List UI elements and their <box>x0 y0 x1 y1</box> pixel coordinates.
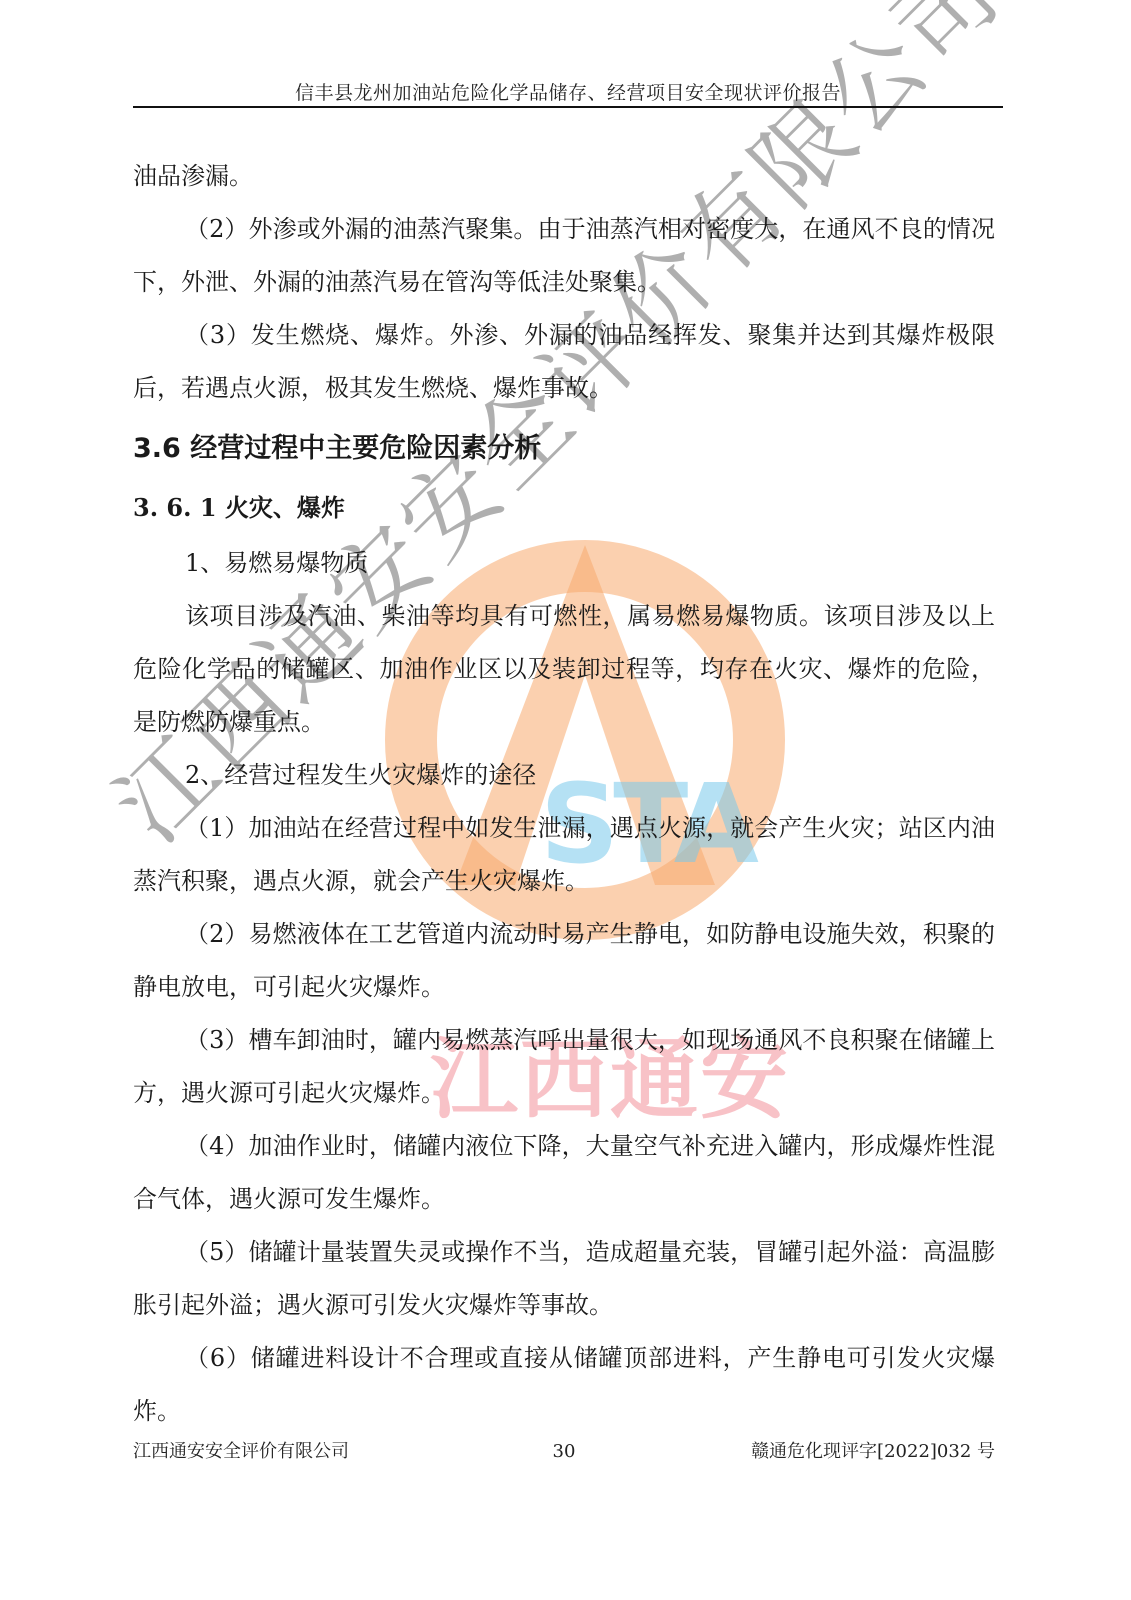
page-number: 30 <box>553 1441 576 1462</box>
footer-company: 江西通安安全评价有限公司 <box>133 1437 349 1463</box>
paragraph: 油品渗漏。 <box>133 150 995 203</box>
document-page: STA 江西通安 江西通安安全评价有限公司 信丰县龙州加油站危险化学品储存、经营… <box>0 0 1131 1600</box>
list-item: （5）储罐计量装置失灵或操作不当，造成超量充装，冒罐引起外溢：高温膨胀引起外溢；… <box>133 1226 995 1332</box>
text-layer: 信丰县龙州加油站危险化学品储存、经营项目安全现状评价报告 油品渗漏。 （2）外渗… <box>0 0 1131 1600</box>
paragraph: 该项目涉及汽油、柴油等均具有可燃性，属易燃易爆物质。该项目涉及以上危险化学品的储… <box>133 590 995 749</box>
page-footer: 江西通安安全评价有限公司 30 赣通危化现评字[2022]032 号 <box>133 1437 995 1467</box>
running-header-title: 信丰县龙州加油站危险化学品储存、经营项目安全现状评价报告 <box>133 78 1003 105</box>
section-heading: 3.6 经营过程中主要危险因素分析 <box>133 419 995 479</box>
list-item: （1）加油站在经营过程中如发生泄漏，遇点火源，就会产生火灾；站区内油蒸汽积聚，遇… <box>133 802 995 908</box>
list-item: （4）加油作业时，储罐内液位下降，大量空气补充进入罐内，形成爆炸性混合气体，遇火… <box>133 1120 995 1226</box>
list-item: （6）储罐进料设计不合理或直接从储罐顶部进料，产生静电可引发火灾爆炸。 <box>133 1332 995 1438</box>
list-item: （3）槽车卸油时，罐内易燃蒸汽呼出量很大，如现场通风不良积聚在储罐上方，遇火源可… <box>133 1014 995 1120</box>
paragraph: （2）外渗或外漏的油蒸汽聚集。由于油蒸汽相对密度大，在通风不良的情况下，外泄、外… <box>133 203 995 309</box>
list-item: （2）易燃液体在工艺管道内流动时易产生静电，如防静电设施失效，积聚的静电放电，可… <box>133 908 995 1014</box>
header-divider <box>133 106 1003 108</box>
footer-doc-number: 赣通危化现评字[2022]032 号 <box>751 1437 995 1463</box>
document-body: 油品渗漏。 （2）外渗或外漏的油蒸汽聚集。由于油蒸汽相对密度大，在通风不良的情况… <box>133 150 995 1438</box>
list-heading: 2、经营过程发生火灾爆炸的途径 <box>133 749 995 802</box>
list-heading: 1、易燃易爆物质 <box>133 537 995 590</box>
subsection-heading: 3. 6. 1 火灾、爆炸 <box>133 479 995 537</box>
paragraph: （3）发生燃烧、爆炸。外渗、外漏的油品经挥发、聚集并达到其爆炸极限后，若遇点火源… <box>133 309 995 415</box>
